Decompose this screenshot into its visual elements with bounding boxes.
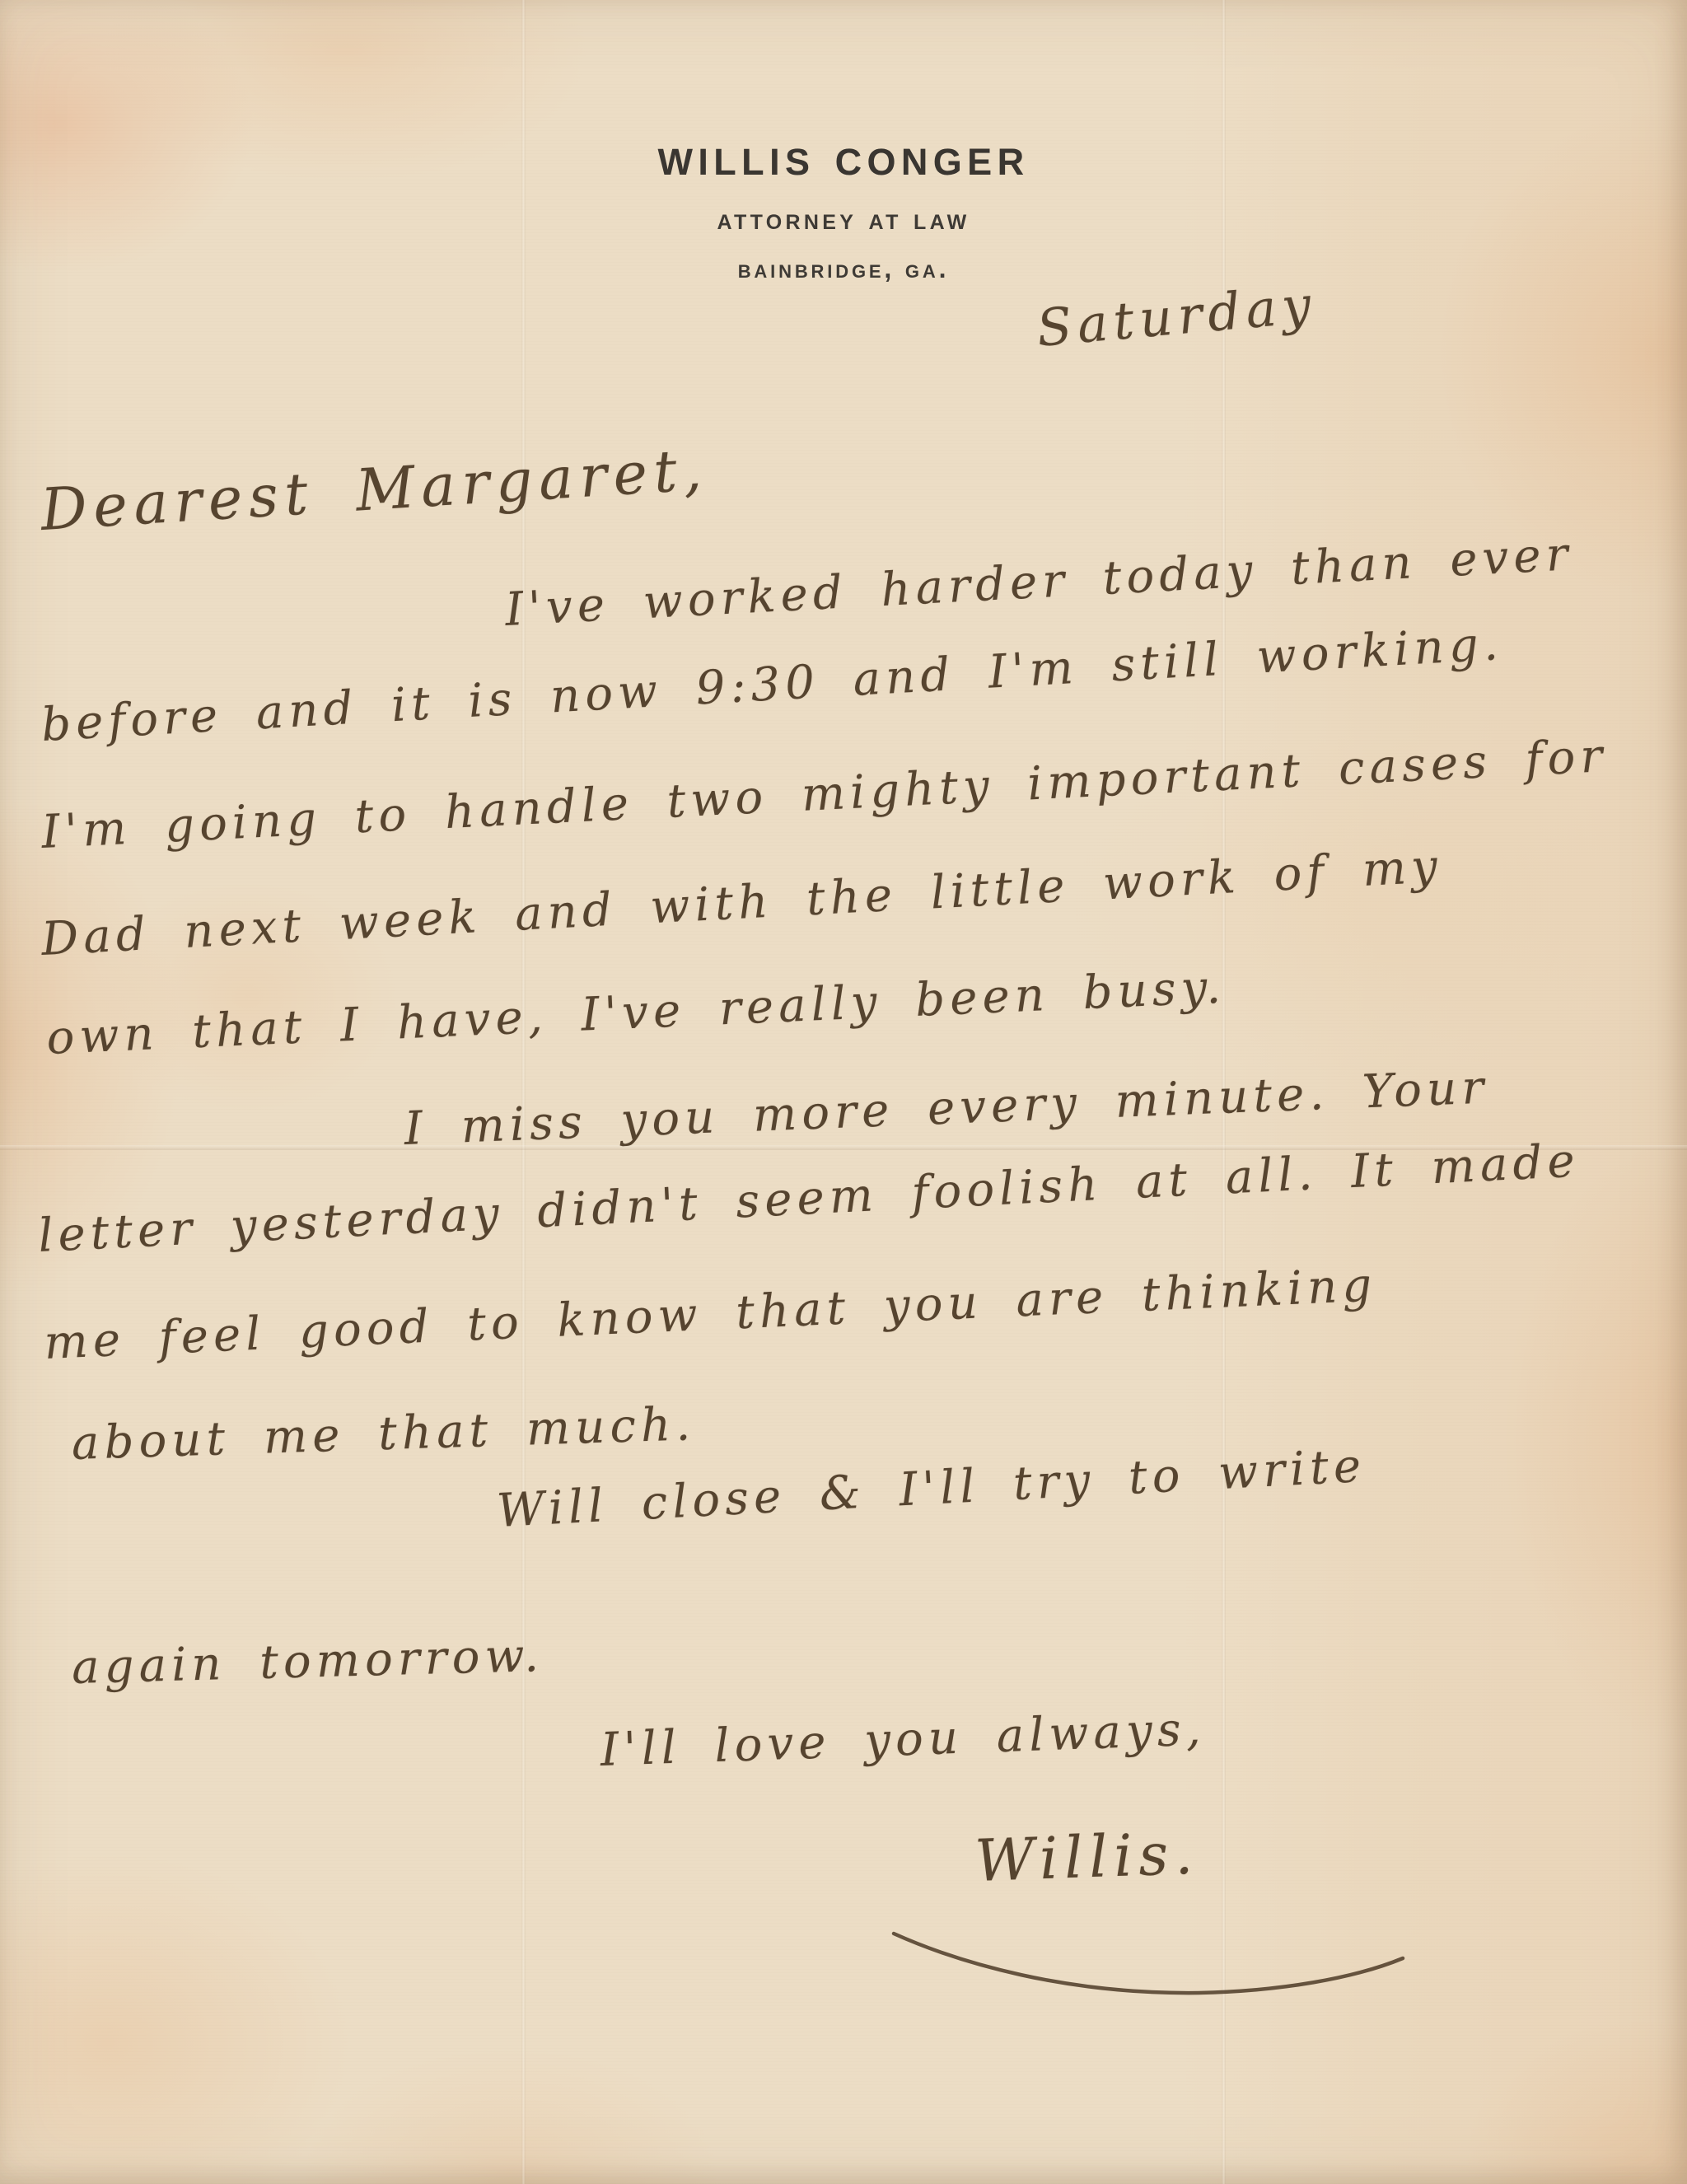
body-line-4: Dad next week and with the little work o… (40, 839, 1444, 966)
body-line-2: before and it is now 9:30 and I'm still … (40, 617, 1504, 752)
body-line-5: own that I have, I've really been busy. (45, 961, 1227, 1065)
letter-signature: Willis. (974, 1820, 1200, 1895)
letter-salutation: Dearest Margaret, (39, 436, 710, 544)
body-line-10: Will close & I'll try to write (496, 1439, 1367, 1538)
letter-closing: I'll love you always, (600, 1702, 1207, 1777)
body-line-3: I'm going to handle two mighty important… (40, 729, 1609, 859)
letter-date: Saturday (1035, 274, 1319, 358)
body-line-7: letter yesterday didn't seem foolish at … (37, 1134, 1581, 1263)
body-line-9: about me that much. (71, 1397, 696, 1471)
body-line-8: me feel good to know that you are thinki… (43, 1258, 1377, 1370)
body-line-11: again tomorrow. (71, 1629, 544, 1695)
signature-flourish (886, 1915, 1413, 2031)
letterhead-location: Bainbridge, Ga. (0, 255, 1687, 282)
letterhead-name: Willis Conger (0, 130, 1687, 183)
letterhead: Willis Conger Attorney at Law Bainbridge… (0, 130, 1687, 282)
vertical-fold-crease-left (521, 0, 526, 2184)
body-line-6: I miss you more every minute. Your (404, 1060, 1490, 1156)
scanned-letter-page: Willis Conger Attorney at Law Bainbridge… (0, 0, 1687, 2184)
letterhead-title: Attorney at Law (0, 204, 1687, 234)
body-line-1: I've worked harder today than ever (504, 527, 1574, 637)
